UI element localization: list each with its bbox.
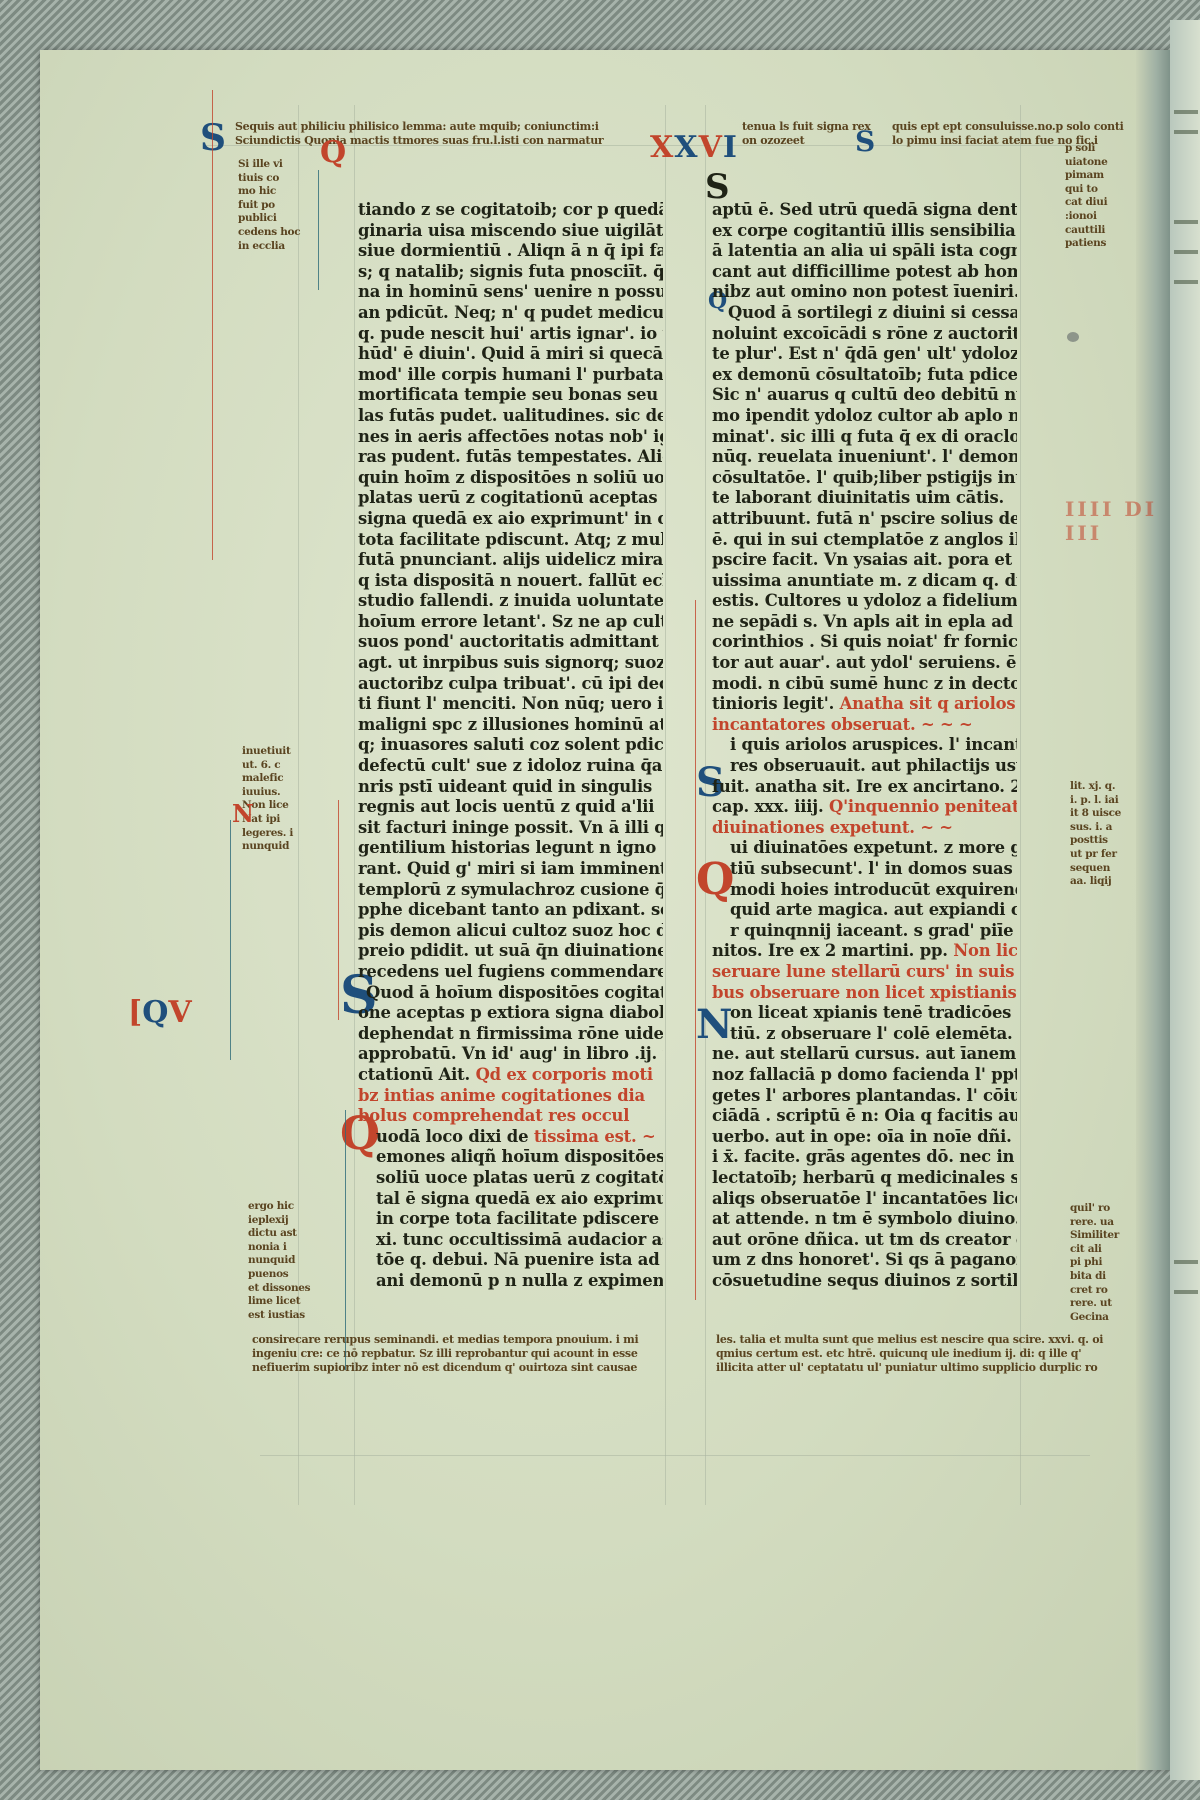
blue-pen-flourish-header bbox=[318, 170, 319, 290]
text-line: modi hoies introducūt exquirendi ali bbox=[712, 880, 1017, 901]
ruling-line-col2-right bbox=[1020, 105, 1021, 1505]
text-line: getes l' arbores plantandas. l' cōiugia … bbox=[712, 1086, 1017, 1107]
text-line: pphe dicebant tanto an pdixant. sera bbox=[358, 900, 663, 921]
rubric-text: Q'inquennio peniteat: q bbox=[829, 797, 1017, 816]
text-line: q; inuasores saluti coz solent pdice bbox=[358, 735, 663, 756]
decorated-initial-q-header: Q bbox=[320, 138, 346, 168]
gloss-line: lime licet bbox=[248, 1295, 310, 1309]
text-line: nitos. Ire ex 2 martini. pp. Non licet o… bbox=[712, 941, 1017, 962]
gloss-line: dictu ast bbox=[248, 1227, 310, 1241]
gloss-line: qmius certum est. etc htrē. quicunq ule … bbox=[716, 1347, 1103, 1361]
text-line: ras pudent. futās tempestates. Alio bbox=[358, 447, 663, 468]
text-line: sit facturi ininge possit. Vn ā illi qui bbox=[358, 818, 663, 839]
gloss-line: cedens hoc bbox=[238, 226, 300, 240]
gloss-line: iuuius. bbox=[242, 786, 293, 800]
gloss-line: et dissones bbox=[248, 1282, 310, 1296]
gutter-shadow bbox=[1136, 50, 1170, 1770]
causa-numeral-blue-2: I bbox=[723, 130, 738, 165]
rubric-text: bolus comprehendat res occul bbox=[358, 1106, 629, 1125]
causa-numeral-blue: X bbox=[674, 130, 698, 165]
causa-numeral-red: X bbox=[650, 130, 674, 165]
gloss-line: nefiuerim supioribz inter nō est dicendu… bbox=[252, 1361, 638, 1375]
text-line: noluint excoīcādi s rōne z auctorita bbox=[712, 324, 1017, 345]
rubric-text: bus obseruare non licet xpistianis. bbox=[712, 983, 1017, 1002]
text-line: tiū subsecunt'. l' in domos suas hui bbox=[712, 859, 1017, 880]
gloss-line: Gecina bbox=[1070, 1311, 1119, 1325]
gloss-line: Similiter bbox=[1070, 1229, 1119, 1243]
rubric-text: seruare lune stellarū curs' in suis oper… bbox=[712, 962, 1017, 981]
header-gloss-left-line-2: Sciundictis Quonia mactis ttmores suas f… bbox=[235, 134, 603, 148]
manuscript-leaf: S Sequis aut philiciu philisico lemma: a… bbox=[40, 50, 1170, 1770]
text-line: uodā loco dixi de tissima est. ~ bbox=[358, 1127, 663, 1148]
text-line: fuit. anatha sit. Ire ex ancirtano. 2. bbox=[712, 777, 1017, 798]
rubric-text: diuinationes expetunt. ~ ~ bbox=[712, 818, 953, 837]
text-line: ctationū Ait. Qd ex corporis moti bbox=[358, 1065, 663, 1086]
text-line: emones aliqñ hoīum dispositōes nō bbox=[358, 1147, 663, 1168]
gloss-line: nunquid bbox=[242, 840, 293, 854]
quire-mark-qv: [QV bbox=[128, 995, 192, 1030]
text-line: tiū. z obseruare l' colē elemēta. aut lu bbox=[712, 1024, 1017, 1045]
text-line: ti fiunt l' menciti. Non nūq; uero ipi bbox=[358, 694, 663, 715]
quire-mark-bracket: [ bbox=[128, 995, 142, 1030]
gloss-line: ingeniu cre: ce nō repbatur. Sz illi rep… bbox=[252, 1347, 638, 1361]
adjacent-page-text bbox=[1174, 1260, 1198, 1264]
text-line: incantatores obseruat. ~ ~ ~ bbox=[712, 715, 1017, 736]
ruling-line-col1-right bbox=[665, 105, 666, 1505]
rubric-text: tissima est. ~ bbox=[534, 1127, 656, 1146]
text-line: bz intias anime cogitationes dia bbox=[358, 1086, 663, 1107]
text-column-left: tiando z se cogitatoib; cor p quedā yma … bbox=[358, 200, 663, 1291]
blue-pen-flourish-col-left bbox=[345, 1110, 346, 1370]
text-line: one aceptas p extiora signa diabolus bbox=[358, 1003, 663, 1024]
text-line: lectatoīb; herbarū q medicinales st bbox=[712, 1168, 1017, 1189]
gloss-bottom-left: consirecare rerupus seminandi. et medias… bbox=[252, 1333, 638, 1375]
quire-mark-q: Q bbox=[142, 995, 168, 1030]
text-line: Quod ā sortilegi z diuini si cessare bbox=[712, 303, 1017, 324]
decorated-initial-n-margin: N bbox=[232, 802, 254, 826]
gloss-line: fuit po bbox=[238, 199, 300, 213]
text-line: dephendat n firmissima rōne uidet' bbox=[358, 1024, 663, 1045]
gloss-line: nunquid bbox=[248, 1254, 310, 1268]
adjacent-page-text bbox=[1174, 130, 1198, 134]
decorated-initial-s-right-header: S bbox=[855, 128, 875, 156]
red-pen-flourish-col-left bbox=[338, 800, 339, 1020]
text-line: las futās pudet. ualitudines. sic demo bbox=[358, 406, 663, 427]
gloss-line: les. talia et multa sunt que melius est … bbox=[716, 1333, 1103, 1347]
text-line: nris pstī uideant quid in singulis bbox=[358, 777, 663, 798]
adjacent-page-text bbox=[1174, 280, 1198, 284]
gloss-line: rere. ua bbox=[1070, 1216, 1119, 1230]
text-line: approbatū. Vn id' aug' in libro .ij. ret bbox=[358, 1044, 663, 1065]
text-line: aut orōne dñica. ut tm ds creator oi bbox=[712, 1230, 1017, 1251]
text-line: Sic n' auarus q cultū deo debitū num bbox=[712, 385, 1017, 406]
text-line: ē. qui in sui ctemplatōe z anglos illa bbox=[712, 530, 1017, 551]
gloss-line: publici bbox=[238, 212, 300, 226]
text-line: ne. aut stellarū cursus. aut īanem sig bbox=[712, 1044, 1017, 1065]
gloss-top-right-margin: p soli uiatone pimam qui to cat diui :io… bbox=[1065, 142, 1108, 251]
adjacent-page-text bbox=[1174, 1290, 1198, 1294]
red-pen-flourish-left bbox=[212, 90, 213, 560]
text-column-right: aptū ē. Sed utrū quedā signa dentur. ex … bbox=[712, 200, 1017, 1291]
text-line: futā pnunciant. alijs uidelicz mira . bbox=[358, 550, 663, 571]
text-line: estis. Cultores u ydoloz a fidelium cōio bbox=[712, 591, 1017, 612]
text-line: pscire facit. Vn ysaias ait. pora et no bbox=[712, 550, 1017, 571]
text-line: maligni spc z illusiones hominū at bbox=[358, 715, 663, 736]
gloss-bottom-right: les. talia et multa sunt que melius est … bbox=[716, 1333, 1103, 1375]
gloss-line: consirecare rerupus seminandi. et medias… bbox=[252, 1333, 638, 1347]
text-line: ā latentia an alia ui spāli ista cognos bbox=[712, 241, 1017, 262]
parchment-hole bbox=[1067, 332, 1079, 342]
gloss-line: uiatone bbox=[1065, 156, 1108, 170]
text-line: corinthios . Si quis noiat' fr fornica bbox=[712, 632, 1017, 653]
red-pen-flourish-col-right bbox=[695, 600, 696, 1300]
text-line: um z dns honoret'. Si qs ā paganoz bbox=[712, 1250, 1017, 1271]
text-line: q ista dispositā n nouert. fallūt ecīa bbox=[358, 571, 663, 592]
gloss-line: sus. i. a bbox=[1070, 821, 1121, 835]
gloss-line: Si ille vi bbox=[238, 158, 300, 172]
text-line: at attende. n tm ē symbolo diuino. bbox=[712, 1209, 1017, 1230]
header-gloss-right-b-line-1: quis ept ept consuluisse.no.p solo conti bbox=[892, 120, 1124, 134]
text-line: cant aut difficillime potest ab homi bbox=[712, 262, 1017, 283]
gloss-line: ergo hic bbox=[248, 1200, 310, 1214]
gloss-line: :ionoi bbox=[1065, 210, 1108, 224]
text-line: ex corpe cogitantiū illis sensibilia nos bbox=[712, 221, 1017, 242]
text-line: tor aut auar'. aut ydol' seruiens. ē cui… bbox=[712, 653, 1017, 674]
text-line: tiando z se cogitatoib; cor p quedā yma bbox=[358, 200, 663, 221]
gloss-top-left-margin: Si ille vi tiuis co mo hic fuit po publi… bbox=[238, 158, 300, 253]
running-marker-text: IIII DI III bbox=[1065, 497, 1157, 545]
header-gloss-left: Sequis aut philiciu philisico lemma: aut… bbox=[235, 120, 603, 148]
text-line: ginaria uisa miscendo siue uigilātiū . bbox=[358, 221, 663, 242]
text-line: ex demonū cōsultatoīb; futa pdicere. bbox=[712, 365, 1017, 386]
ruling-line-bottom bbox=[260, 1455, 1090, 1456]
gloss-lower-right-margin: quil' ro rere. ua Similiter cit ali pi p… bbox=[1070, 1202, 1119, 1324]
text-line: ne sepādi s. Vn apls ait in epla ad bbox=[712, 612, 1017, 633]
text-line: auctoribz culpa tribuat'. cū ipi decep bbox=[358, 674, 663, 695]
text-line: diuinationes expetunt. ~ ~ bbox=[712, 818, 1017, 839]
text-line: studio fallendi. z inuida uoluntate q̄ bbox=[358, 591, 663, 612]
gloss-line: patiens bbox=[1065, 237, 1108, 251]
text-line: ui diuinatōes expetunt. z more gen bbox=[712, 838, 1017, 859]
gloss-line: tiuis co bbox=[238, 172, 300, 186]
rubric-text: incantatores obseruat. ~ ~ ~ bbox=[712, 715, 973, 734]
text-line: ciādā . scriptū ē n: Oia q facitis aut i bbox=[712, 1106, 1017, 1127]
text-line: tal ē signa quedā ex aio exprimuntur bbox=[358, 1189, 663, 1210]
text-line: na in hominū sens' uenire n possunt: bbox=[358, 282, 663, 303]
text-line: agt. ut inrpibus suis signorq; suoz bbox=[358, 653, 663, 674]
text-line: suos pond' auctoritatis admittant id bbox=[358, 632, 663, 653]
text-line: attribuunt. futā n' pscire solius dei bbox=[712, 509, 1017, 530]
gloss-line: ut pr fer bbox=[1070, 848, 1121, 862]
gloss-line: qui to bbox=[1065, 183, 1108, 197]
text-line: seruare lune stellarū curs' in suis oper… bbox=[712, 962, 1017, 983]
header-gloss-right-a-line-1: tenua ls fuit signa rex bbox=[742, 120, 871, 134]
text-line: te laborant diuinitatis uim cātis. bbox=[712, 488, 1017, 509]
text-line: tinioris legit'. Anatha sit q ariolos l' bbox=[712, 694, 1017, 715]
text-line: Quod ā hoīum dispositōes cogitati bbox=[358, 983, 663, 1004]
text-line: r quinqnnij iaceant. s grad' piīe diffi bbox=[712, 921, 1017, 942]
text-line: platas uerū z cogitationū aceptas ē bbox=[358, 488, 663, 509]
text-line: quid arte magica. aut expiandi cā sic bbox=[712, 900, 1017, 921]
gloss-line: puenos bbox=[248, 1268, 310, 1282]
decorated-initial-s-header: S bbox=[200, 120, 226, 156]
text-line: tota facilitate pdiscunt. Atq; z multa bbox=[358, 530, 663, 551]
gloss-line: cauttili bbox=[1065, 224, 1108, 238]
gloss-line: malefic bbox=[242, 772, 293, 786]
adjacent-page-text bbox=[1174, 110, 1198, 114]
gloss-line: cret ro bbox=[1070, 1284, 1119, 1298]
text-line: uissima anuntiate m. z dicam q. dij bbox=[712, 571, 1017, 592]
gloss-line: sequen bbox=[1070, 862, 1121, 876]
gloss-line: cit ali bbox=[1070, 1243, 1119, 1257]
text-line: signa quedā ex aio exprimunt' in corpe bbox=[358, 509, 663, 530]
text-line: nes in aeris affectōes notas nob' igno bbox=[358, 427, 663, 448]
text-line: soliū uoce platas uerū z cogitatōe acep bbox=[358, 1168, 663, 1189]
text-line: uerbo. aut in ope: oīa in noīe dñi. n. bbox=[712, 1127, 1017, 1148]
gloss-line: pimam bbox=[1065, 169, 1108, 183]
text-line: te plur'. Est n' q̄dā gen' ult' ydoloz bbox=[712, 344, 1017, 365]
text-line: mortificata tempie seu bonas seu ma bbox=[358, 385, 663, 406]
text-line: pis demon alicui cultoz suoz hoc de bbox=[358, 921, 663, 942]
gloss-line: inuetiuit bbox=[242, 745, 293, 759]
gloss-mid-right-margin: lit. xj. q. i. p. l. iai it 8 uisce sus.… bbox=[1070, 780, 1121, 889]
running-marker-right: IIII DI III bbox=[1065, 497, 1170, 545]
text-line: defectū cult' sue z idoloz ruina q̄a bbox=[358, 756, 663, 777]
initial-s-column-right: S bbox=[705, 170, 730, 204]
text-line: xi. tunc occultissimā audacior asser bbox=[358, 1230, 663, 1251]
text-line: siue dormientiū . Aliqn ā n q̄ ipi faciū… bbox=[358, 241, 663, 262]
gloss-line: in ecclia bbox=[238, 240, 300, 254]
rubric-text: bz intias anime cogitationes dia bbox=[358, 1086, 645, 1105]
causa-numeral-red-2: V bbox=[699, 130, 723, 165]
gloss-line: mo hic bbox=[238, 185, 300, 199]
text-line: tōe q. debui. Nā puenire ista ad noticia bbox=[358, 1250, 663, 1271]
rubric-text: Qd ex corporis moti bbox=[476, 1065, 653, 1084]
header-gloss-right-a-line-2: on ozozeet bbox=[742, 134, 871, 148]
gloss-line: illicita atter ul' ceptatatu ul' puniatu… bbox=[716, 1361, 1103, 1375]
gloss-line: quil' ro bbox=[1070, 1202, 1119, 1216]
text-line: bus obseruare non licet xpistianis. bbox=[712, 983, 1017, 1004]
text-line: cap. xxx. iiij. Q'inquennio peniteat: q bbox=[712, 797, 1017, 818]
gloss-line: p soli bbox=[1065, 142, 1108, 156]
adjacent-page-text bbox=[1174, 220, 1198, 224]
gloss-line: lit. xj. q. bbox=[1070, 780, 1121, 794]
text-line: in corpe tota facilitate pdiscere tem di bbox=[358, 1209, 663, 1230]
gloss-line: legeres. i bbox=[242, 827, 293, 841]
quire-mark-v: V bbox=[168, 995, 191, 1030]
text-line: bolus comprehendat res occul bbox=[358, 1106, 663, 1127]
text-line: aliqs obseruatōe l' incantatōes lice bbox=[712, 1189, 1017, 1210]
rubric-text: Non licet ob bbox=[953, 941, 1017, 960]
text-line: nūq. reuelata inueniunt'. l' demonū bbox=[712, 447, 1017, 468]
text-line: quin hoīm z dispositōes n soliū uoce bbox=[358, 468, 663, 489]
gloss-line: posttis bbox=[1070, 834, 1121, 848]
text-line: recedens uel fugiens commendaret. bbox=[358, 962, 663, 983]
gloss-line: ieplexij bbox=[248, 1214, 310, 1228]
text-line: cōsuetudine sequs diuinos z sortilegō bbox=[712, 1271, 1017, 1292]
text-line: rant. Quid g' miri si iam imminentē bbox=[358, 859, 663, 880]
text-line: nibz aut omino non potest īueniri. bbox=[712, 282, 1017, 303]
text-line: minat'. sic illi q futa q̄ ex di oraclo.… bbox=[712, 427, 1017, 448]
gloss-lower-left-margin: ergo hic ieplexij dictu ast nonia i nunq… bbox=[248, 1200, 310, 1322]
text-line: res obseruauit. aut philactijs usus bbox=[712, 756, 1017, 777]
gloss-line: ut. 6. c bbox=[242, 759, 293, 773]
ruling-line-col1-left bbox=[354, 105, 355, 1505]
text-line: mo ipendit ydoloz cultor ab aplo no bbox=[712, 406, 1017, 427]
header-gloss-right-a: tenua ls fuit signa rex on ozozeet bbox=[742, 120, 871, 148]
gloss-line: i. p. l. iai bbox=[1070, 794, 1121, 808]
adjacent-page-text bbox=[1174, 250, 1198, 254]
text-line: i quis ariolos aruspices. l' incantato bbox=[712, 735, 1017, 756]
text-line: s; q natalib; signis futa pnosciīt. q̄ s… bbox=[358, 262, 663, 283]
text-line: templorū z symulachroz cusione q̄m bbox=[358, 880, 663, 901]
causa-number-heading: XXVI bbox=[650, 130, 738, 165]
text-line: mod' ille corpis humani l' purbata l' bbox=[358, 365, 663, 386]
gloss-line: est iustias bbox=[248, 1309, 310, 1323]
blue-pen-flourish-margin bbox=[230, 820, 231, 1060]
text-line: regnis aut locis uentū z quid a'lii bbox=[358, 797, 663, 818]
text-line: hoīum errore letant'. Sz ne ap cultore bbox=[358, 612, 663, 633]
text-line: ani demonū p n nulla z expimenta bbox=[358, 1271, 663, 1292]
gloss-line: it 8 uisce bbox=[1070, 807, 1121, 821]
text-line: on liceat xpianis tenē tradicōes gen bbox=[712, 1003, 1017, 1024]
text-line: modi. n cibū sumē hunc z in decto g'g' bbox=[712, 674, 1017, 695]
gloss-line: cat diui bbox=[1065, 196, 1108, 210]
gloss-line: aa. liqij bbox=[1070, 875, 1121, 889]
gloss-line: rere. ut bbox=[1070, 1297, 1119, 1311]
adjacent-page-edge bbox=[1170, 20, 1200, 1780]
header-gloss-left-line-1: Sequis aut philiciu philisico lemma: aut… bbox=[235, 120, 603, 134]
text-line: hūd' ē diuin'. Quid ā miri si quecād bbox=[358, 344, 663, 365]
text-line: noz fallaciā p domo facienda l' ppt' se bbox=[712, 1065, 1017, 1086]
rubric-text: Anatha sit q ariolos l' bbox=[840, 694, 1017, 713]
text-line: gentilium historias legunt n igno bbox=[358, 838, 663, 859]
gloss-line: pi phi bbox=[1070, 1256, 1119, 1270]
gloss-line: nonia i bbox=[248, 1241, 310, 1255]
text-line: i x̄. facite. grās agentes dō. nec in co… bbox=[712, 1147, 1017, 1168]
text-line: an pdicūt. Neq; n' q pudet medicus bbox=[358, 303, 663, 324]
gloss-line: bita di bbox=[1070, 1270, 1119, 1284]
text-line: aptū ē. Sed utrū quedā signa dentur. bbox=[712, 200, 1017, 221]
text-line: preio pdidit. ut suā q̄n diuinationem bbox=[358, 941, 663, 962]
text-line: q. pude nescit hui' artis ignar'. io tā bbox=[358, 324, 663, 345]
text-line: cōsultatōe. l' quib;liber pstigijs inuen bbox=[712, 468, 1017, 489]
